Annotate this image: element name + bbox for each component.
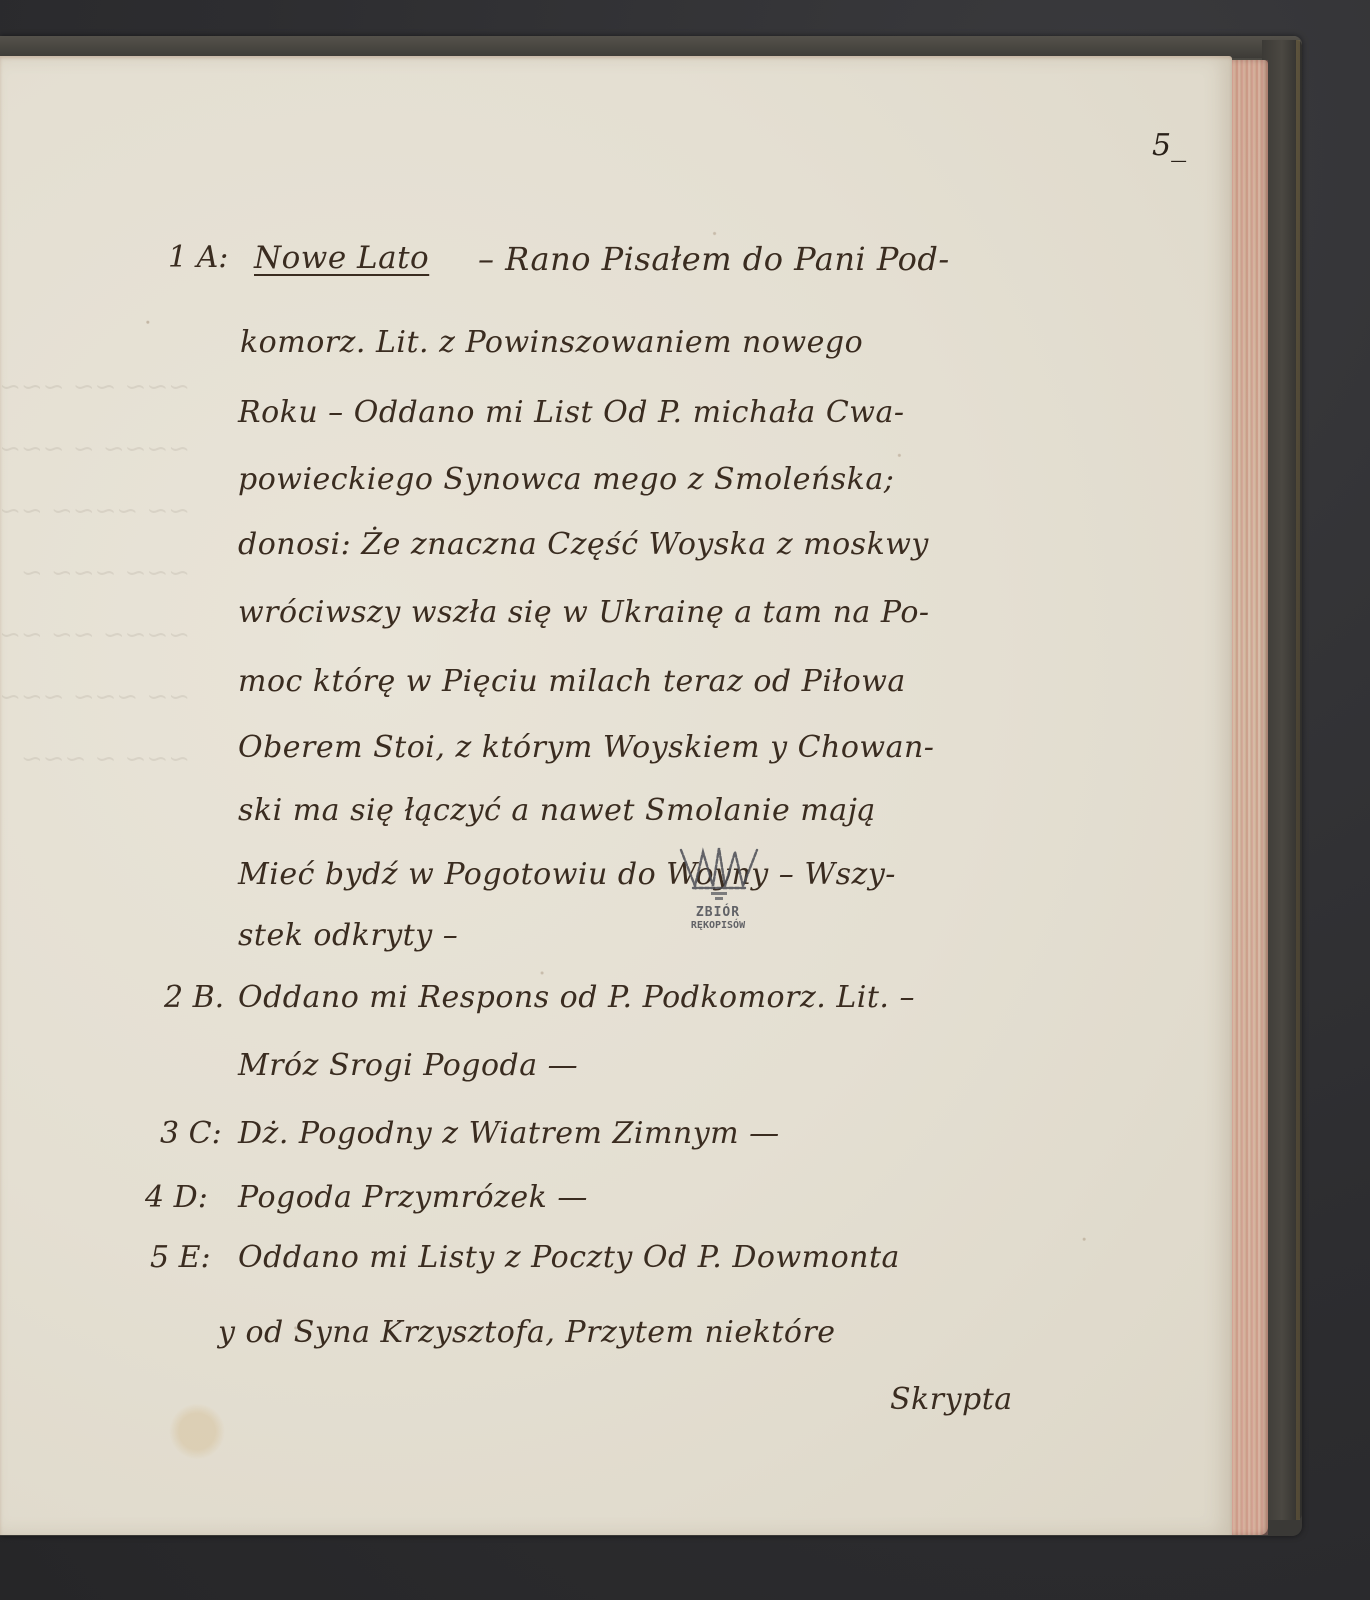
manuscript-line: Mróz Srogi Pogoda — xyxy=(238,1048,578,1083)
manuscript-line: Oberem Stoi, z którym Woyskiem y Chowan- xyxy=(238,730,934,765)
manuscript-line: Pogoda Przymrózek — xyxy=(238,1180,588,1215)
manuscript-line: Oddano mi Listy z Poczty Od P. Dowmonta xyxy=(238,1240,900,1275)
manuscript-line: – Rano Pisałem do Pani Pod- xyxy=(478,240,950,278)
entry-number: 4 D: xyxy=(145,1180,208,1215)
page-number: 5_ xyxy=(1152,128,1186,163)
crown-icon xyxy=(673,842,763,904)
manuscript-line: donosi: Że znaczna Część Woyska z moskwy xyxy=(238,527,929,562)
bleed-through-text: ~~~ ~~ ~~~~ ~~~~ ~ ~~~ ~~ ~~~~ ~~ ~~~ ~~… xyxy=(20,356,190,836)
entry-number: 1 A: xyxy=(168,240,228,275)
manuscript-line: Oddano mi Respons od P. Podkomorz. Lit. … xyxy=(238,980,915,1015)
book-cover-top-edge xyxy=(0,36,1300,58)
book-cover-right-edge xyxy=(1262,40,1302,1520)
manuscript-line: Dż. Pogodny z Wiatrem Zimnym — xyxy=(238,1116,780,1151)
manuscript-line: Skrypta xyxy=(890,1382,1013,1417)
manuscript-line: wróciwszy wszła się w Ukrainę a tam na P… xyxy=(238,595,930,630)
manuscript-line: ski ma się łączyć a nawet Smolanie mają xyxy=(238,793,876,828)
manuscript-line: Mieć bydź w Pogotowiu do Woyny – Wszy- xyxy=(238,857,896,892)
manuscript-line: y od Syna Krzysztofa, Przytem niektóre xyxy=(218,1315,836,1350)
entry-number: 3 C: xyxy=(160,1116,222,1151)
entry-number: 2 B. xyxy=(164,980,224,1015)
stamp-text-line1: ZBIÓR xyxy=(668,906,768,920)
entry-number: 5 E: xyxy=(150,1240,211,1275)
manuscript-line: stek odkryty – xyxy=(238,918,458,953)
entry-heading: Nowe Lato xyxy=(254,240,429,276)
library-stamp: ZBIÓR RĘKOPISÓW xyxy=(668,842,768,957)
manuscript-line: moc którę w Pięciu milach teraz od Piłow… xyxy=(238,664,906,699)
manuscript-line: komorz. Lit. z Powinszowaniem nowego xyxy=(240,325,863,360)
manuscript-line: Roku – Oddano mi List Od P. michała Cwa- xyxy=(238,395,904,430)
manuscript-line: powieckiego Synowca mego z Smoleńska; xyxy=(238,462,894,497)
stamp-text-line2: RĘKOPISÓW xyxy=(668,920,768,932)
